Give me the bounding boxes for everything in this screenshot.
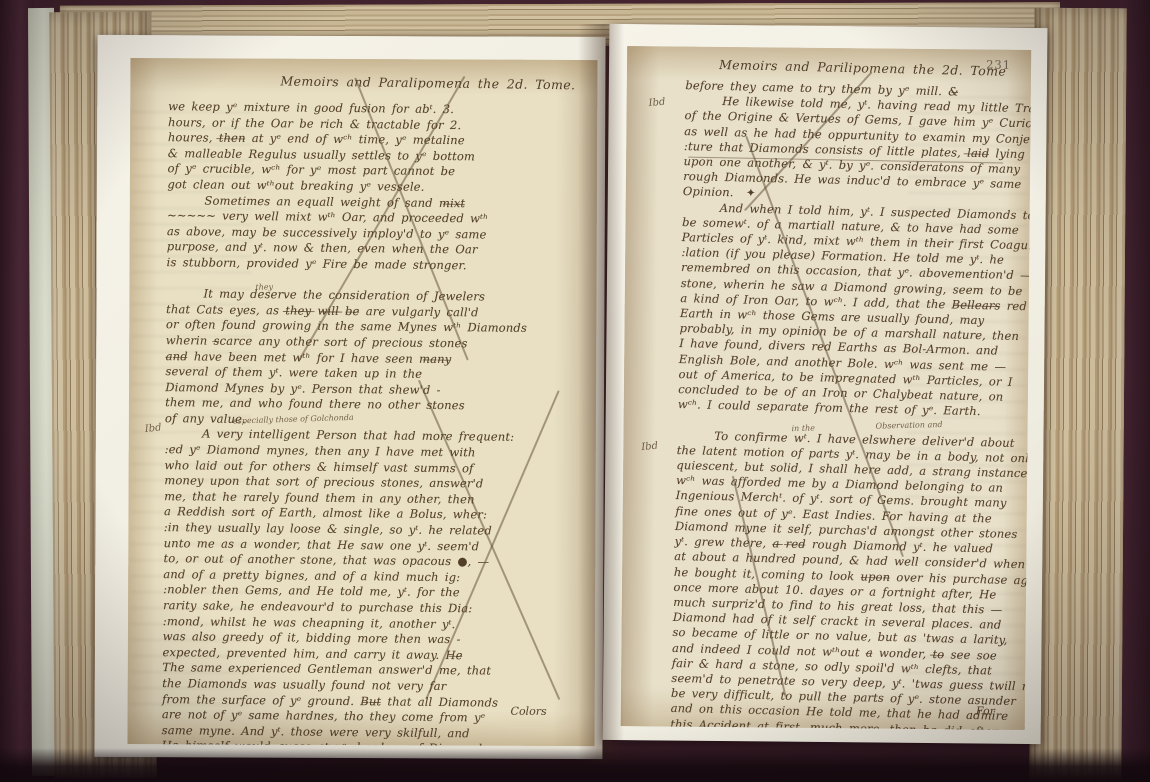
margin-note: in the [791, 423, 815, 434]
right-page-text: before they came to try them by yᵉ mill.… [670, 78, 1031, 730]
margin-note: Ibd [648, 98, 666, 110]
right-page-heading: Memoirs and Parilipomena the 2d. Tome [719, 57, 1007, 80]
left-page-heading: Memoirs and Paralipomena the 2d. Tome. [280, 73, 575, 93]
margin-note: they [255, 282, 273, 293]
right-page-annotations [627, 46, 1031, 50]
left-page-catchword: Colors [511, 705, 547, 718]
margin-note: Ibd [144, 423, 162, 435]
left-page-mount: Memoirs and Paralipomena the 2d. Tome. w… [94, 35, 605, 759]
bottom-shadow [0, 748, 1150, 782]
right-page-deletion-strokes [627, 46, 1031, 50]
gutter-shadow [578, 24, 624, 764]
manuscript-photo: Memoirs and Paralipomena the 2d. Tome. w… [0, 0, 1150, 782]
right-page-catchword: For [976, 704, 995, 717]
margin-note: Observation and [875, 420, 942, 432]
margin-note: Ibd [641, 442, 659, 454]
right-manuscript-leaf: 231 Memoirs and Parilipomena the 2d. Tom… [621, 46, 1032, 730]
right-page-mount: 231 Memoirs and Parilipomena the 2d. Tom… [603, 24, 1048, 744]
left-page-annotations [130, 58, 597, 60]
left-page-deletion-strokes [130, 58, 597, 60]
left-manuscript-leaf: Memoirs and Paralipomena the 2d. Tome. w… [127, 58, 597, 746]
